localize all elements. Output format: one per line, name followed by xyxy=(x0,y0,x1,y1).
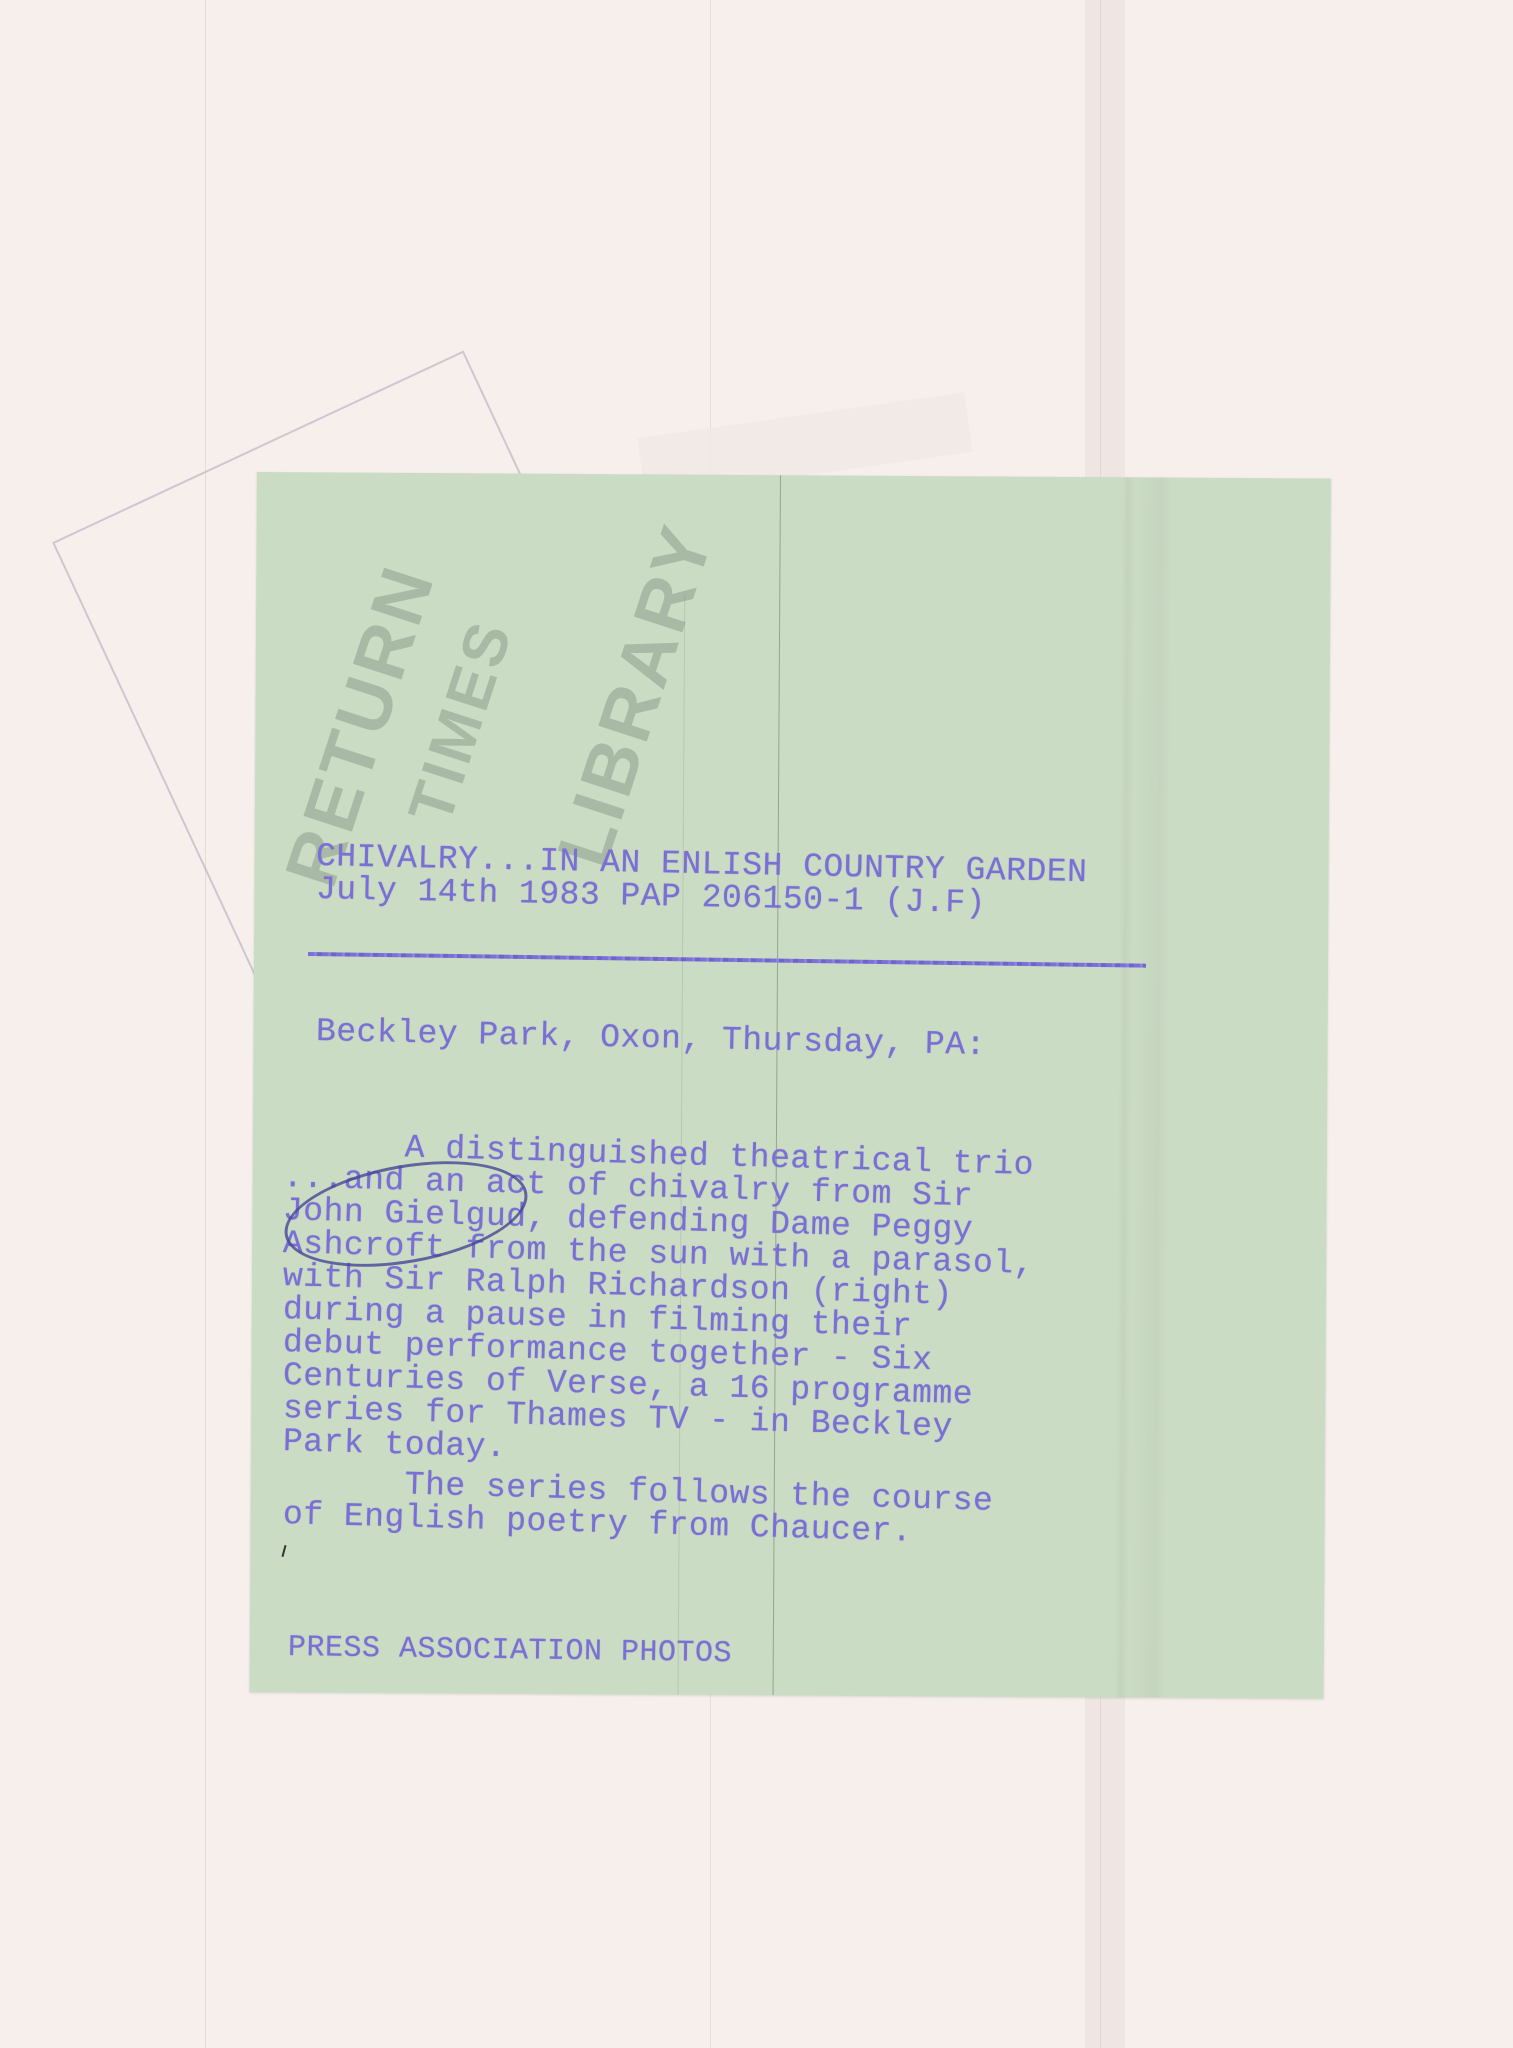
caption-body-line: Park today. xyxy=(283,1425,507,1464)
paper-crease-line xyxy=(205,0,206,2048)
caption-signoff: PRESS ASSOCIATION PHOTOS xyxy=(288,1632,732,1671)
